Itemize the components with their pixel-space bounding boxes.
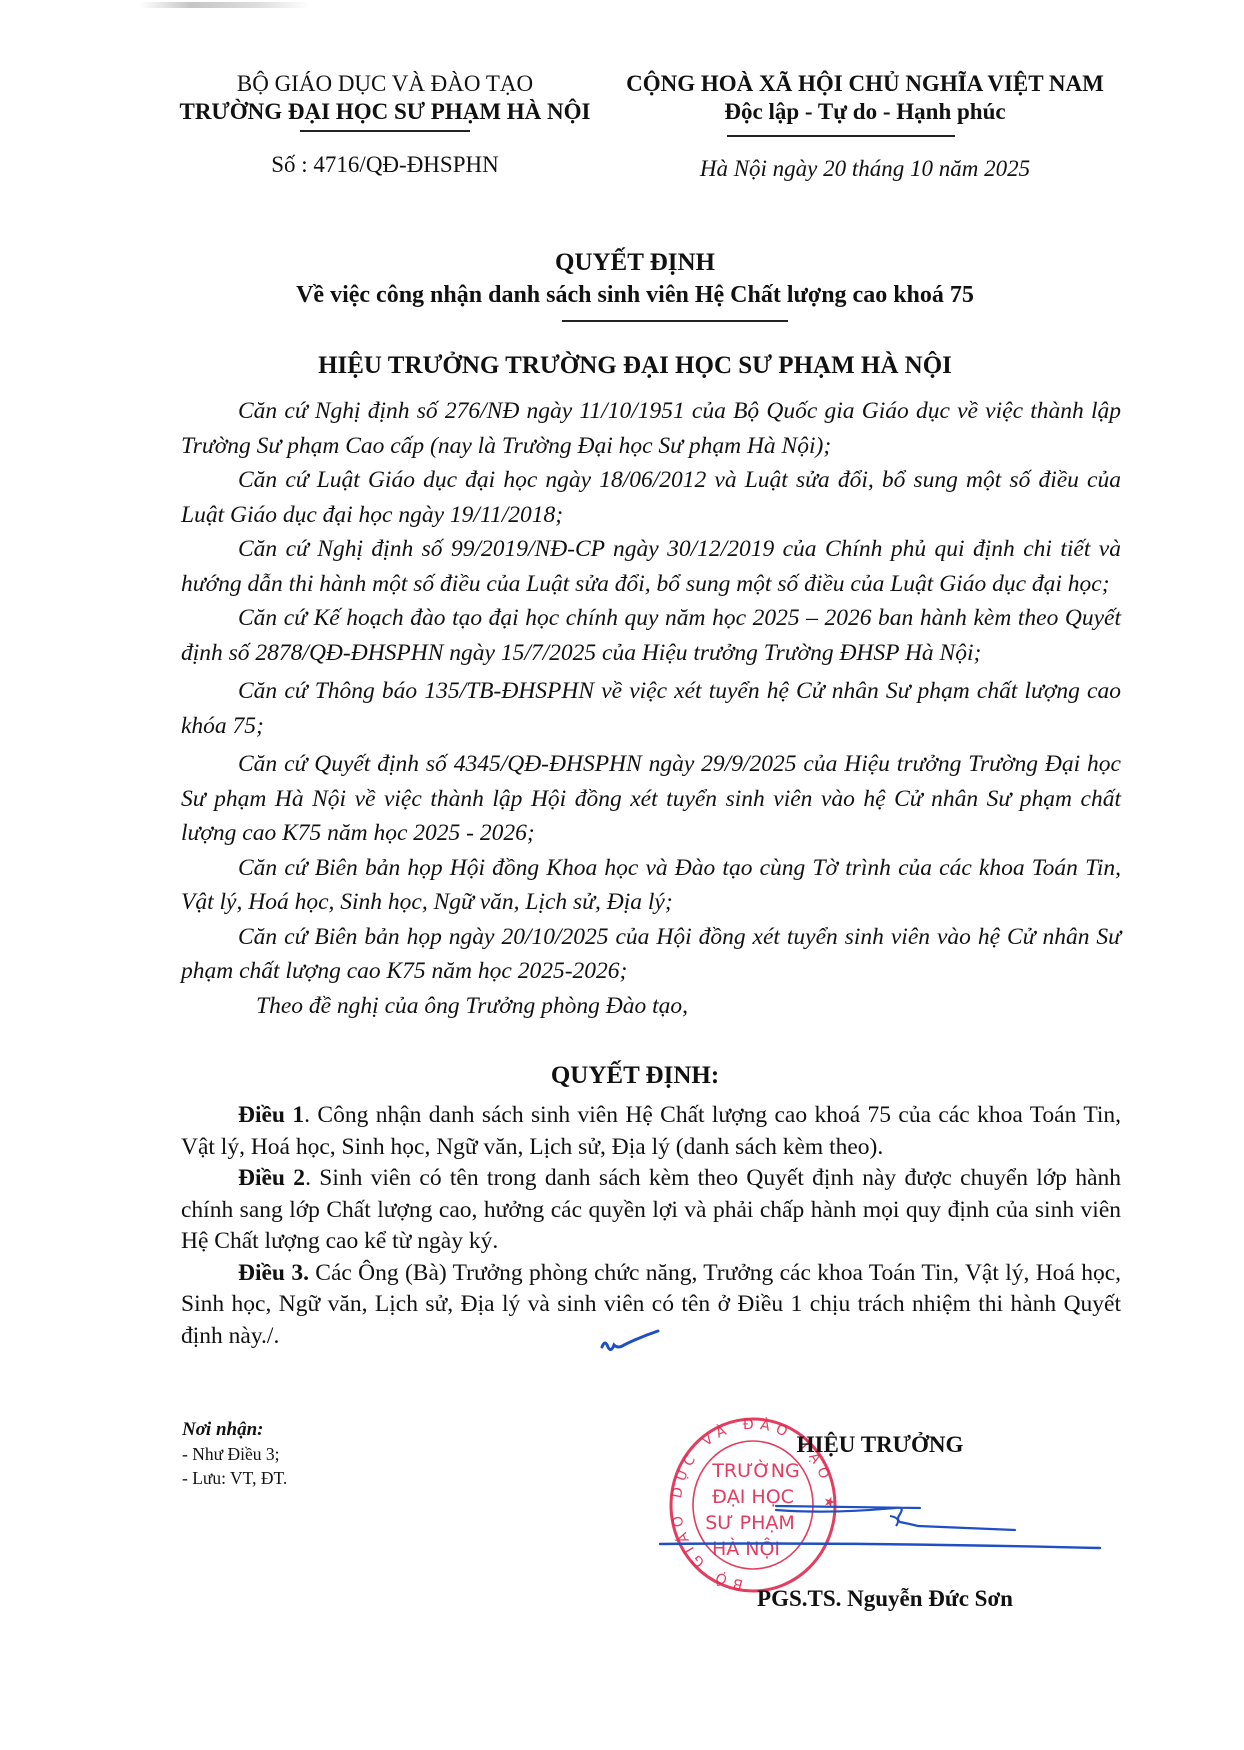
article-label: Điều 2	[238, 1165, 305, 1191]
legal-basis-item: Theo đề nghị của ông Trưởng phòng Đào tạ…	[181, 989, 1121, 1024]
issuing-authority: HIỆU TRƯỞNG TRƯỜNG ĐẠI HỌC SƯ PHẠM HÀ NỘ…	[150, 352, 1120, 380]
decision-heading: QUYẾT ĐỊNH:	[150, 1062, 1120, 1090]
national-header: CỘNG HOÀ XÃ HỘI CHỦ NGHĨA VIỆT NAM Độc l…	[600, 70, 1130, 126]
legal-basis-item: Căn cứ Nghị định số 99/2019/NĐ-CP ngày 3…	[181, 532, 1121, 601]
article-text: Công nhận danh sách sinh viên Hệ Chất lư…	[181, 1102, 1121, 1160]
article-2: Điều 2. Sinh viên có tên trong danh sách…	[181, 1163, 1121, 1258]
article-1: Điều 1. Công nhận danh sách sinh viên Hệ…	[181, 1100, 1121, 1163]
legal-basis-item: Căn cứ Quyết định số 4345/QĐ-ĐHSPHN ngày…	[181, 747, 1121, 851]
initial-mark-icon	[600, 1325, 660, 1355]
signatory-title: HIỆU TRƯỞNG	[700, 1432, 1060, 1458]
article-label: Điều 3.	[238, 1260, 309, 1286]
article-text: Sinh viên có tên trong danh sách kèm the…	[181, 1165, 1121, 1254]
legal-basis-item: Căn cứ Thông báo 135/TB-ĐHSPHN về việc x…	[181, 674, 1121, 743]
legal-basis-item: Căn cứ Kế hoạch đào tạo đại học chính qu…	[181, 601, 1121, 670]
recipient-item: - Lưu: VT, ĐT.	[182, 1466, 287, 1490]
motto-underline	[727, 135, 955, 137]
recipients-block: Nơi nhận: - Như Điều 3; - Lưu: VT, ĐT.	[182, 1418, 287, 1490]
recipient-item: - Như Điều 3;	[182, 1442, 287, 1466]
legal-basis-item: Căn cứ Nghị định số 276/NĐ ngày 11/10/19…	[181, 394, 1121, 463]
university-name: TRƯỜNG ĐẠI HỌC SƯ PHẠM HÀ NỘI	[170, 98, 600, 126]
document-subject: Về việc công nhận danh sách sinh viên Hệ…	[150, 280, 1120, 310]
recipients-heading: Nơi nhận:	[182, 1418, 287, 1442]
document-title: QUYẾT ĐỊNH	[150, 248, 1120, 278]
scan-smudge	[140, 2, 310, 8]
signatory-name: PGS.TS. Nguyễn Đức Sơn	[700, 1586, 1070, 1612]
svg-text:TRƯỜNG: TRƯỜNG	[711, 1458, 799, 1482]
article-label: Điều 1	[238, 1102, 304, 1128]
legal-basis-item: Căn cứ Biên bản họp Hội đồng Khoa học và…	[181, 851, 1121, 920]
legal-basis-item: Căn cứ Luật Giáo dục đại học ngày 18/06/…	[181, 463, 1121, 532]
national-motto: Độc lập - Tự do - Hạnh phúc	[600, 98, 1130, 126]
subject-underline	[562, 320, 788, 322]
legal-basis: Căn cứ Nghị định số 276/NĐ ngày 11/10/19…	[181, 394, 1121, 1023]
issuer-underline	[300, 130, 470, 132]
issuer-block: BỘ GIÁO DỤC VÀ ĐÀO TẠO TRƯỜNG ĐẠI HỌC SƯ…	[170, 70, 600, 126]
place-date: Hà Nội ngày 20 tháng 10 năm 2025	[600, 156, 1130, 182]
ministry-name: BỘ GIÁO DỤC VÀ ĐÀO TẠO	[170, 70, 600, 98]
signature-icon	[600, 1500, 1120, 1560]
country-name: CỘNG HOÀ XÃ HỘI CHỦ NGHĨA VIỆT NAM	[600, 70, 1130, 98]
document-number: Số : 4716/QĐ-ĐHSPHN	[170, 152, 600, 178]
decision-articles: Điều 1. Công nhận danh sách sinh viên Hệ…	[181, 1100, 1121, 1352]
legal-basis-item: Căn cứ Biên bản họp ngày 20/10/2025 của …	[181, 920, 1121, 989]
